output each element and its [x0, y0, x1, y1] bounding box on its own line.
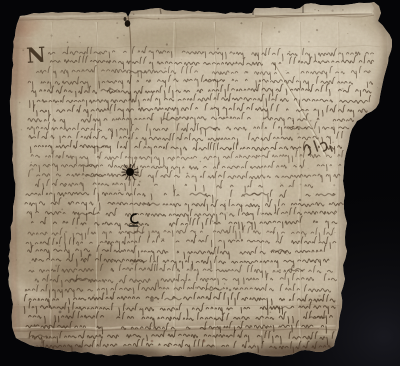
parchment-photo-canvas: N: [0, 0, 400, 366]
parchment-grain: [0, 0, 400, 366]
manuscript-photo: N: [0, 0, 400, 366]
